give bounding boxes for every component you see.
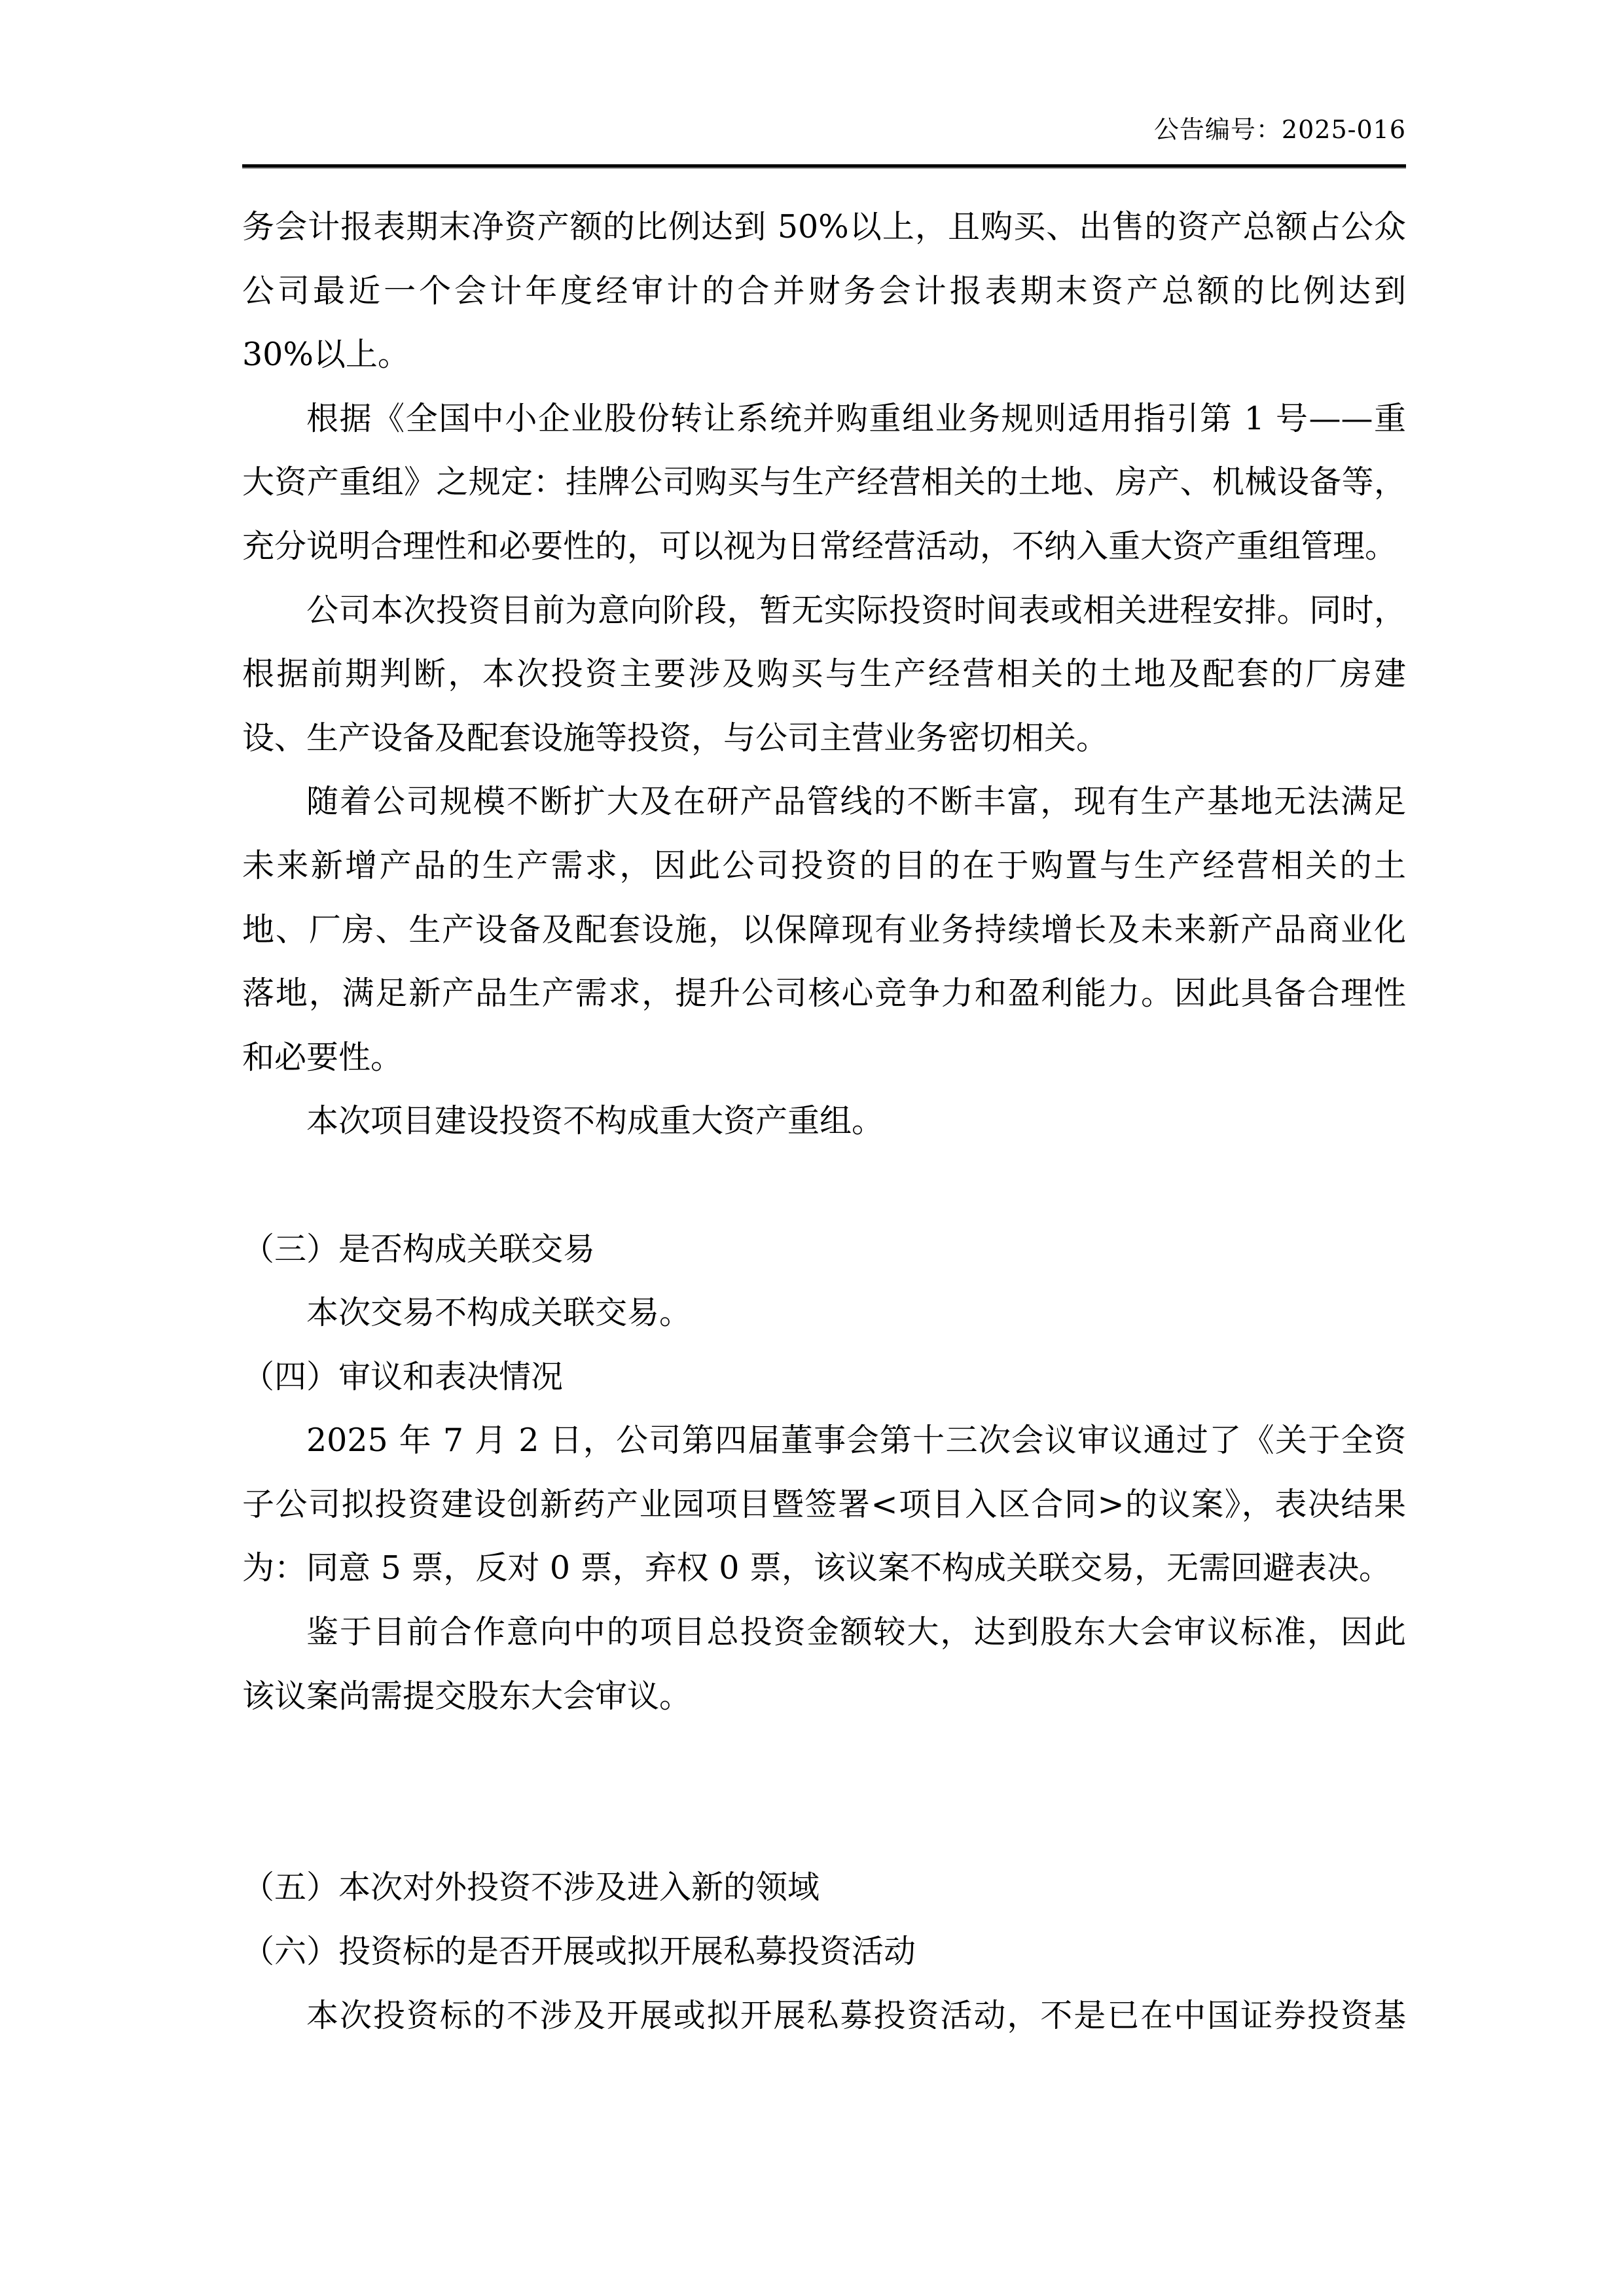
document-line: 子公司拟投资建设创新药产业园项目暨签署<项目入区合同>的议案》，表决结果: [242, 1473, 1406, 1537]
document-line: 大资产重组》之规定：挂牌公司购买与生产经营相关的土地、房产、机械设备等，: [242, 450, 1406, 514]
blank-line: [242, 1153, 1406, 1217]
announcement-number: 公告编号：2025-016: [1154, 115, 1406, 144]
header-rule: [242, 164, 1406, 169]
blank-line: [242, 1728, 1406, 1792]
section-heading: （四）审议和表决情况: [242, 1345, 1406, 1409]
document-line: 鉴于目前合作意向中的项目总投资金额较大，达到股东大会审议标准，因此: [242, 1600, 1406, 1664]
document-line: 本次投资标的不涉及开展或拟开展私募投资活动，不是已在中国证券投资基: [242, 1984, 1406, 2048]
section-heading: （三）是否构成关联交易: [242, 1217, 1406, 1282]
document-line: 本次交易不构成关联交易。: [242, 1281, 1406, 1345]
document-line: 落地，满足新产品生产需求，提升公司核心竞争力和盈利能力。因此具备合理性: [242, 961, 1406, 1026]
document-line: 随着公司规模不断扩大及在研产品管线的不断丰富，现有生产基地无法满足: [242, 770, 1406, 834]
document-line: 根据前期判断，本次投资主要涉及购买与生产经营相关的土地及配套的厂房建: [242, 642, 1406, 706]
section-heading: （六）投资标的是否开展或拟开展私募投资活动: [242, 1920, 1406, 1984]
document-line: 根据《全国中小企业股份转让系统并购重组业务规则适用指引第 1 号——重: [242, 387, 1406, 451]
document-line: 未来新增产品的生产需求，因此公司投资的目的在于购置与生产经营相关的土: [242, 834, 1406, 898]
document-body: 务会计报表期末净资产额的比例达到 50%以上，且购买、出售的资产总额占公众公司最…: [242, 195, 1406, 2047]
section-heading: （五）本次对外投资不涉及进入新的领域: [242, 1856, 1406, 1920]
document-line: 30%以上。: [242, 323, 1406, 387]
document-line: 地、厂房、生产设备及配套设施，以保障现有业务持续增长及未来新产品商业化: [242, 898, 1406, 962]
document-line: 2025 年 7 月 2 日，公司第四届董事会第十三次会议审议通过了《关于全资: [242, 1408, 1406, 1473]
document-line: 本次项目建设投资不构成重大资产重组。: [242, 1089, 1406, 1153]
header-rule-thin-line: [242, 168, 1406, 169]
document-line: 为：同意 5 票，反对 0 票，弃权 0 票，该议案不构成关联交易，无需回避表决…: [242, 1536, 1406, 1600]
document-line: 充分说明合理性和必要性的，可以视为日常经营活动，不纳入重大资产重组管理。: [242, 514, 1406, 579]
document-line: 务会计报表期末净资产额的比例达到 50%以上，且购买、出售的资产总额占公众: [242, 195, 1406, 259]
document-page: 公告编号：2025-016 务会计报表期末净资产额的比例达到 50%以上，且购买…: [0, 0, 1624, 2296]
document-line: 公司最近一个会计年度经审计的合并财务会计报表期末资产总额的比例达到: [242, 259, 1406, 323]
document-line: 和必要性。: [242, 1026, 1406, 1090]
document-line: 该议案尚需提交股东大会审议。: [242, 1664, 1406, 1729]
blank-line: [242, 1792, 1406, 1856]
page-header: 公告编号：2025-016: [242, 115, 1406, 145]
document-line: 设、生产设备及配套设施等投资，与公司主营业务密切相关。: [242, 706, 1406, 770]
document-line: 公司本次投资目前为意向阶段，暂无实际投资时间表或相关进程安排。同时，: [242, 579, 1406, 643]
